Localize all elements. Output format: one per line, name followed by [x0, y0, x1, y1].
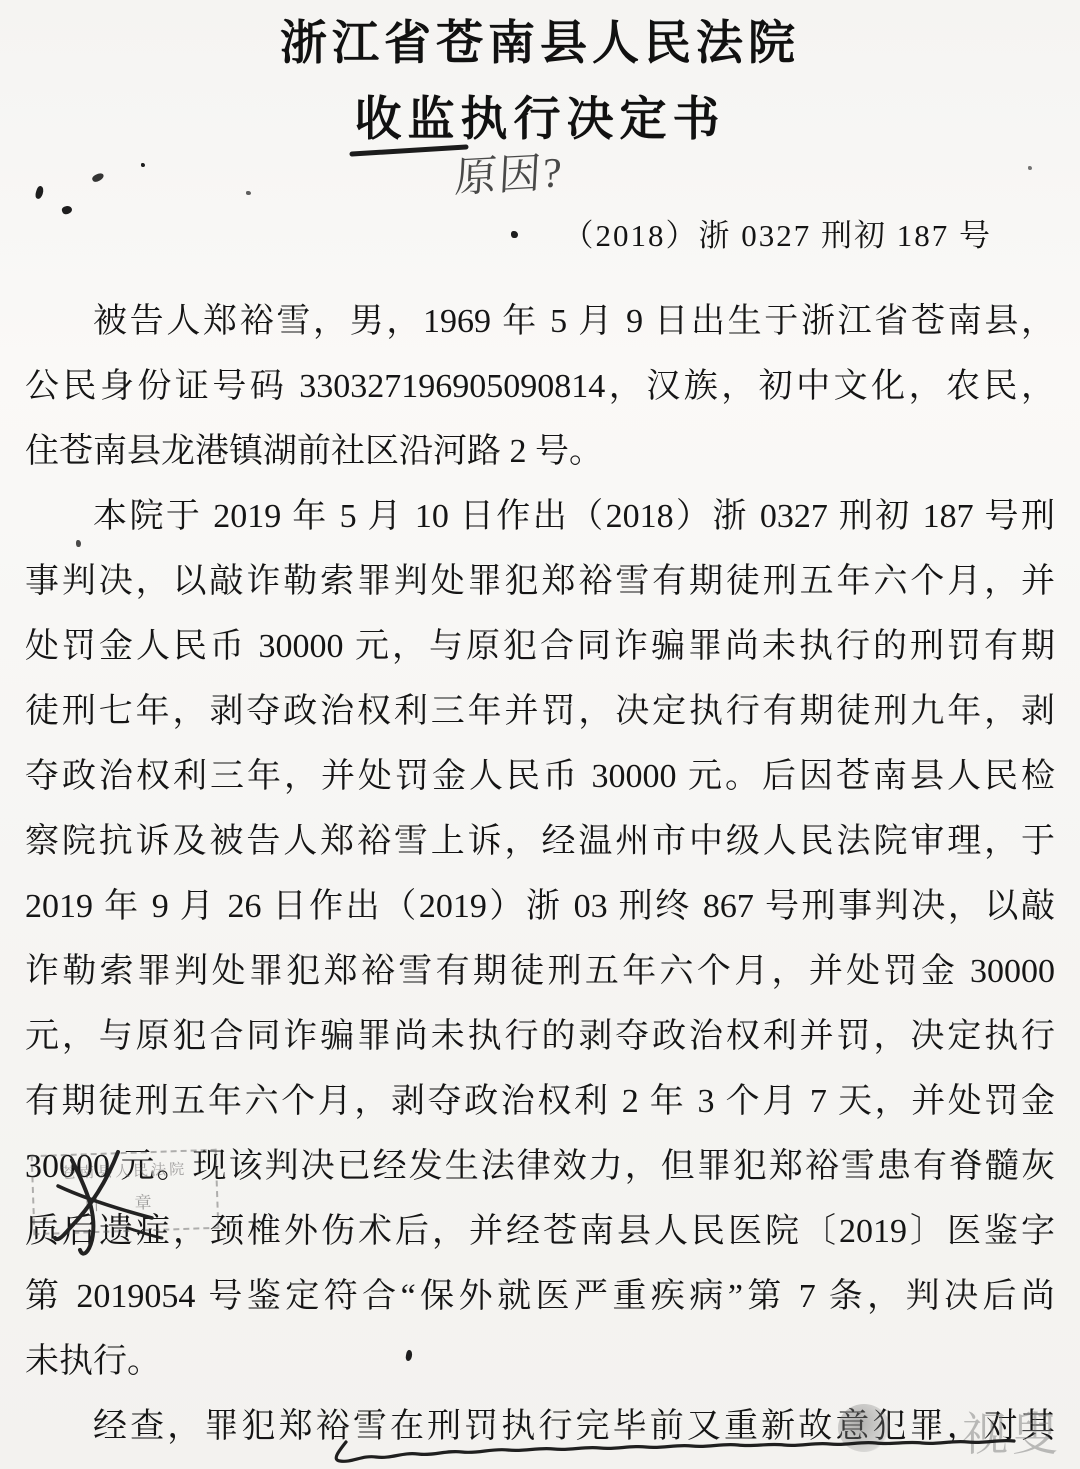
body-line: 察院抗诉及被告人郑裕雪上诉，经温州市中级人民法院审理，于	[25, 813, 1055, 878]
body-line: 本院于 2019 年 5 月 10 日作出（2018）浙 0327 刑初 187…	[25, 488, 1055, 553]
body-line: 2019 年 9 月 26 日作出（2019）浙 03 刑终 867 号刑事判决…	[25, 878, 1055, 943]
stamp-signature-text: 叶 章	[34, 1186, 217, 1217]
body-line: 经查，罪犯郑裕雪在刑罚执行完毕前又重新故意犯罪，对其	[25, 1398, 1055, 1463]
body-line: 有期徒刑五年六个月，剥夺政治权利 2 年 3 个月 7 天，并处罚金	[25, 1073, 1055, 1138]
body-line: 公民身份证号码 330327196905090814，汉族，初中文化，农民，	[25, 358, 1055, 423]
body-line: 未执行。	[25, 1333, 1055, 1398]
watermark-text: 视叟	[962, 1398, 1062, 1464]
ink-speck	[91, 171, 105, 183]
ink-speck	[34, 185, 45, 200]
ink-speck	[141, 163, 145, 167]
court-name: 浙江省苍南县人民法院	[0, 6, 1080, 73]
document-title: 收监执行决定书	[0, 82, 1080, 149]
body-line: 夺政治权利三年，并处罚金人民币 30000 元。后因苍南县人民检	[25, 748, 1055, 813]
ink-speck	[1028, 166, 1032, 170]
body-line: 元，与原犯合同诈骗罪尚未执行的剥夺政治权利并罚，决定执行	[25, 1008, 1055, 1073]
watermark-logo-blob	[838, 1404, 890, 1452]
body-line: 诈勒索罪判处罪犯郑裕雪有期徒刑五年六个月，并处罚金 30000	[25, 943, 1055, 1008]
ink-speck	[76, 540, 81, 547]
faint-court-stamp: 苍南县人民法院 叶 章	[31, 1149, 220, 1235]
scanned-court-document: 浙江省苍南县人民法院 收监执行决定书 原因? （2018）浙 0327 刑初 1…	[0, 0, 1080, 1469]
ink-speck	[246, 191, 251, 195]
body-line: 事判决，以敲诈勒索罪判处罪犯郑裕雪有期徒刑五年六个月，并	[25, 553, 1055, 618]
document-body: 被告人郑裕雪，男，1969 年 5 月 9 日出生于浙江省苍南县， 公民身份证号…	[25, 293, 1055, 1463]
ink-speck	[511, 231, 518, 238]
body-line: 被告人郑裕雪，男，1969 年 5 月 9 日出生于浙江省苍南县，	[25, 293, 1055, 358]
body-line: 第 2019054 号鉴定符合“保外就医严重疾病”第 7 条，判决后尚	[25, 1268, 1055, 1333]
body-line: 处罚金人民币 30000 元，与原犯合同诈骗罪尚未执行的刑罚有期	[25, 618, 1055, 683]
body-line: 住苍南县龙港镇湖前社区沿河路 2 号。	[25, 423, 1055, 488]
handwritten-annotation: 原因?	[453, 139, 565, 205]
stamp-text: 苍南县人民法院	[33, 1157, 216, 1184]
body-line: 徒刑七年，剥夺政治权利三年并罚，决定执行有期徒刑九年，剥	[25, 683, 1055, 748]
case-number: （2018）浙 0327 刑初 187 号	[0, 210, 992, 255]
